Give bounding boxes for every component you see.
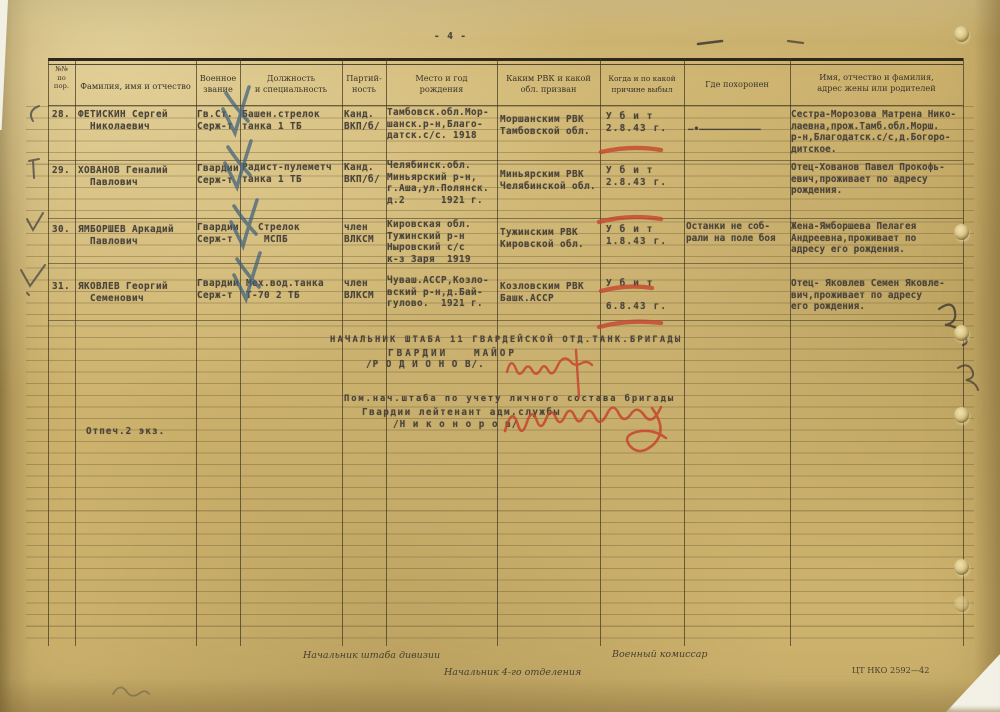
row-31-lost: У б и т 6.8.43 г. (606, 278, 667, 313)
col-header-name: Фамилия, имя и отчество (75, 81, 196, 92)
row-29-family: Отец-Хованов Павел Прокофь- евич,прожива… (791, 162, 945, 197)
row-29-name: ХОВАНОВ Геналий Павлович (78, 165, 168, 188)
row-30-duty: Стрелок МСПБ (246, 222, 300, 245)
punch-hole (954, 596, 969, 612)
row-31-num: 31. (52, 281, 70, 293)
row-30-party: член ВЛКСМ (344, 222, 374, 245)
pencil-scribble (113, 687, 149, 695)
footer-left: Начальник штаба дивизии (303, 650, 440, 661)
row-29-lost: У б и т 2.8.43 г. (606, 165, 667, 188)
row-30-rank: Гвардии Серж-т (197, 222, 239, 245)
row-29-num: 29. (52, 165, 70, 177)
row-28-family: Сестра-Морозова Матрена Нико- лаевна,про… (791, 109, 956, 155)
col-header-birth: Место и год рождения (386, 73, 497, 94)
row-31-rank: Гвардии Серж-т (197, 278, 239, 301)
row-31-duty: Мех.вод.танка Т-70 2 ТБ (246, 278, 324, 301)
signature-assistant-title: Пом.нач.штаба по учету личного состава б… (344, 394, 675, 406)
paper-edge-sliver (0, 0, 8, 130)
row-28-rank: Гв.Ст. Серж-т (197, 109, 233, 132)
row-29-birth: Челябинск.обл. Миньярский р-н, г.Аша,ул.… (387, 160, 489, 206)
col-header-rank: Военное звание (196, 73, 240, 94)
row-30-num: 30. (52, 224, 70, 236)
punch-hole (954, 407, 969, 423)
table-top-border (48, 58, 963, 61)
row-30-rvk: Тужинским РВК Кировской обл. (500, 227, 584, 250)
signature-assistant-rank: Гвардии лейтенант адм.службы (362, 407, 561, 419)
row-28-party: Канд. ВКП/б/ (344, 109, 380, 132)
document-page: - 4 - №№ по пор. Фамилия, имя и отчество… (0, 0, 1000, 712)
col-header-num: №№ по пор. (48, 65, 75, 91)
row-separator (48, 160, 963, 161)
col-header-buried: Где похоронен (684, 79, 790, 90)
table-top-border-inner (48, 64, 963, 65)
row-separator (48, 218, 963, 219)
col-border (963, 58, 964, 646)
row-31-name: ЯКОВЛЕВ Георгий Семенович (78, 281, 168, 304)
row-29-duty: Радист-пулеметч танка 1 ТБ (242, 162, 332, 185)
row-28-buried: —•——————————— (688, 124, 761, 136)
punch-hole (954, 559, 969, 575)
punch-hole (954, 325, 969, 341)
row-30-lost: У б и т 1.8.43 г. (606, 224, 667, 247)
col-header-lost: Когда и по какой причине выбыл (600, 74, 684, 95)
row-28-name: ФЕТИСКИН Сергей Николаевич (78, 109, 168, 132)
row-separator (48, 320, 963, 321)
row-28-duty: Башен.стрелок танка 1 ТБ (242, 109, 320, 132)
copies-note: Отпеч.2 экз. (86, 426, 165, 438)
row-31-party: член ВЛКСМ (344, 278, 374, 301)
page-number: - 4 - (434, 31, 467, 43)
header-bottom-border (48, 105, 963, 106)
corner-cut (946, 654, 1000, 712)
row-separator (48, 263, 963, 264)
row-28-rvk: Моршанским РВК Тамбовской обл. (500, 114, 590, 137)
row-31-family: Отец- Яковлев Семен Яковле- вич,проживае… (791, 278, 945, 313)
signature-chief-name: /Р О Д И О Н О В/. (366, 359, 485, 371)
signature-assistant-name: /Н и к о н о р о в/ (393, 419, 518, 431)
col-border (386, 58, 387, 646)
col-header-rvk: Каким РВК и какой обл. призван (497, 73, 600, 94)
row-29-rvk: Миньярским РВК Челябинской обл. (500, 169, 596, 192)
col-border (342, 58, 343, 646)
row-30-name: ЯМБОРШЕВ Аркадий Павлович (78, 224, 174, 247)
col-border (48, 58, 49, 646)
col-border (600, 58, 601, 646)
col-header-duty: Должность и специальность (240, 73, 342, 94)
signature-chief-rank: ГВАРДИИ МАЙОР (388, 348, 517, 360)
row-30-buried: Останки не соб- рали на поле боя (686, 221, 776, 244)
punch-hole (954, 26, 969, 42)
footer-right: Военный комиссар (612, 649, 708, 660)
col-border (240, 58, 241, 646)
row-30-birth: Кировская обл. Тужинский р-н Ныровский с… (387, 219, 471, 265)
col-header-family: Имя, отчество и фамилия, адрес жены или … (790, 72, 963, 93)
col-border (196, 58, 197, 646)
footer-center: Начальник 4-го отделения (444, 667, 581, 678)
col-border (75, 58, 76, 646)
row-31-rvk: Козловским РВК Башк.АССР (500, 281, 584, 304)
row-29-rank: Гвардии Серж-т (197, 163, 239, 186)
row-28-birth: Тамбовск.обл.Мор- шанск.р-н,Благо- датск… (387, 107, 489, 142)
punch-hole (954, 224, 969, 240)
row-28-num: 28. (52, 109, 70, 121)
row-28-lost: У б и т 2.8.43 г. (606, 111, 667, 134)
form-code: ЦТ НКО 2592—42 (852, 665, 929, 675)
col-border (684, 58, 685, 646)
col-header-party: Партий- ность (342, 73, 386, 94)
row-29-party: Канд. ВКП/б/ (344, 162, 380, 185)
signature-chief-title: НАЧАЛЬНИК ШТАБА 11 ГВАРДЕЙСКОЙ ОТД.ТАНК.… (330, 335, 682, 347)
row-31-birth: Чуваш.АССР,Козло- вский р-н,д.Бай- гулов… (387, 275, 489, 310)
row-30-family: Жена-Ямборшева Пелагея Андреевна,прожива… (791, 221, 916, 256)
